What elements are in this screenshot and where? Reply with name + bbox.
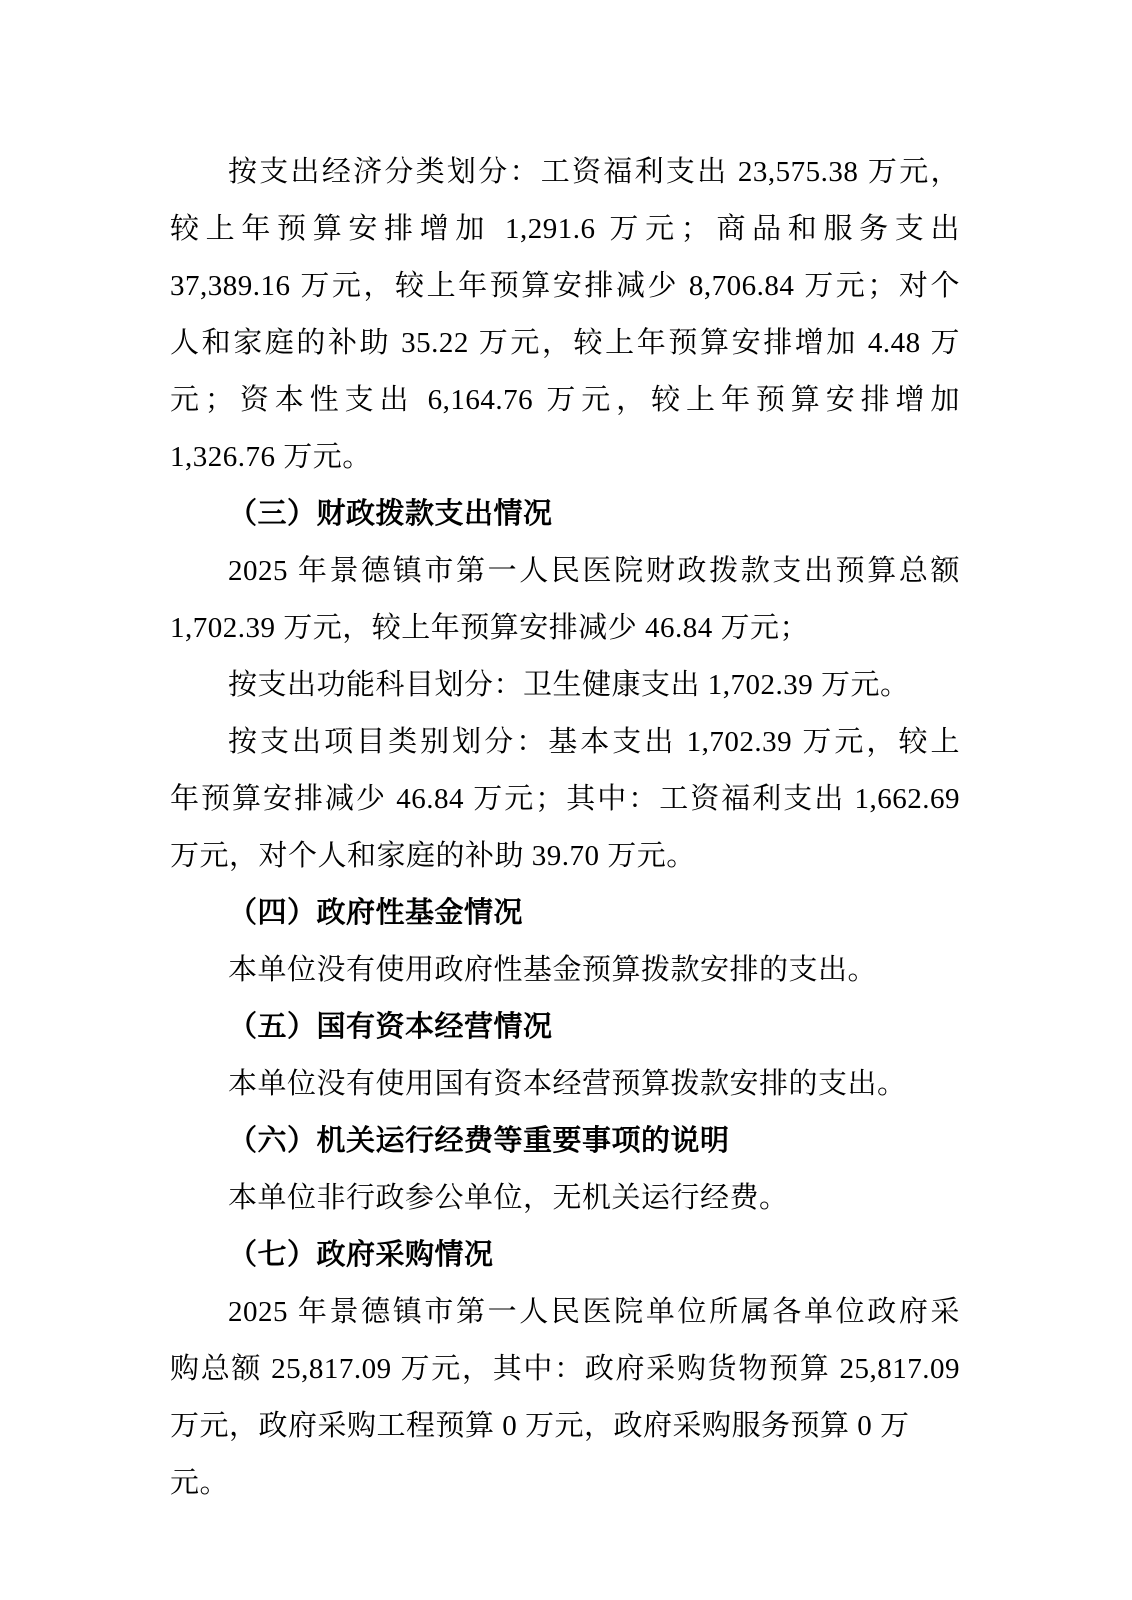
document-content: 按支出经济分类划分：工资福利支出 23,575.38 万元，较上年预算安排增加 … [170, 144, 960, 1455]
text-line: 2025 年景德镇市第一人民医院单位所属各单位政府采 [170, 1284, 960, 1341]
text-line: 1,702.39 万元，较上年预算安排减少 46.84 万元； [170, 600, 960, 657]
document-page: 按支出经济分类划分：工资福利支出 23,575.38 万元，较上年预算安排增加 … [0, 0, 1132, 1600]
text-line: 年预算安排减少 46.84 万元；其中：工资福利支出 1,662.69 [170, 771, 960, 828]
section-heading: （五）国有资本经营情况 [170, 999, 960, 1056]
text-line: 较上年预算安排增加 1,291.6 万元；商品和服务支出 [170, 201, 960, 258]
text-line: 按支出功能科目划分：卫生健康支出 1,702.39 万元。 [170, 657, 960, 714]
text-line: 万元，政府采购工程预算 0 万元，政府采购服务预算 0 万元。 [170, 1398, 960, 1455]
text-line: 本单位没有使用政府性基金预算拨款安排的支出。 [170, 942, 960, 999]
text-line: 万元，对个人和家庭的补助 39.70 万元。 [170, 828, 960, 885]
section-heading: （三）财政拨款支出情况 [170, 486, 960, 543]
text-line: 37,389.16 万元，较上年预算安排减少 8,706.84 万元；对个 [170, 258, 960, 315]
text-line: 2025 年景德镇市第一人民医院财政拨款支出预算总额 [170, 543, 960, 600]
text-line: 1,326.76 万元。 [170, 429, 960, 486]
text-line: 按支出经济分类划分：工资福利支出 23,575.38 万元， [170, 144, 960, 201]
text-line: 按支出项目类别划分：基本支出 1,702.39 万元，较上 [170, 714, 960, 771]
section-heading: （七）政府采购情况 [170, 1227, 960, 1284]
text-line: 本单位没有使用国有资本经营预算拨款安排的支出。 [170, 1056, 960, 1113]
text-line: 元；资本性支出 6,164.76 万元，较上年预算安排增加 [170, 372, 960, 429]
text-line: 购总额 25,817.09 万元，其中：政府采购货物预算 25,817.09 [170, 1341, 960, 1398]
text-line: 本单位非行政参公单位，无机关运行经费。 [170, 1170, 960, 1227]
section-heading: （六）机关运行经费等重要事项的说明 [170, 1113, 960, 1170]
section-heading: （四）政府性基金情况 [170, 885, 960, 942]
text-line: 人和家庭的补助 35.22 万元，较上年预算安排增加 4.48 万 [170, 315, 960, 372]
